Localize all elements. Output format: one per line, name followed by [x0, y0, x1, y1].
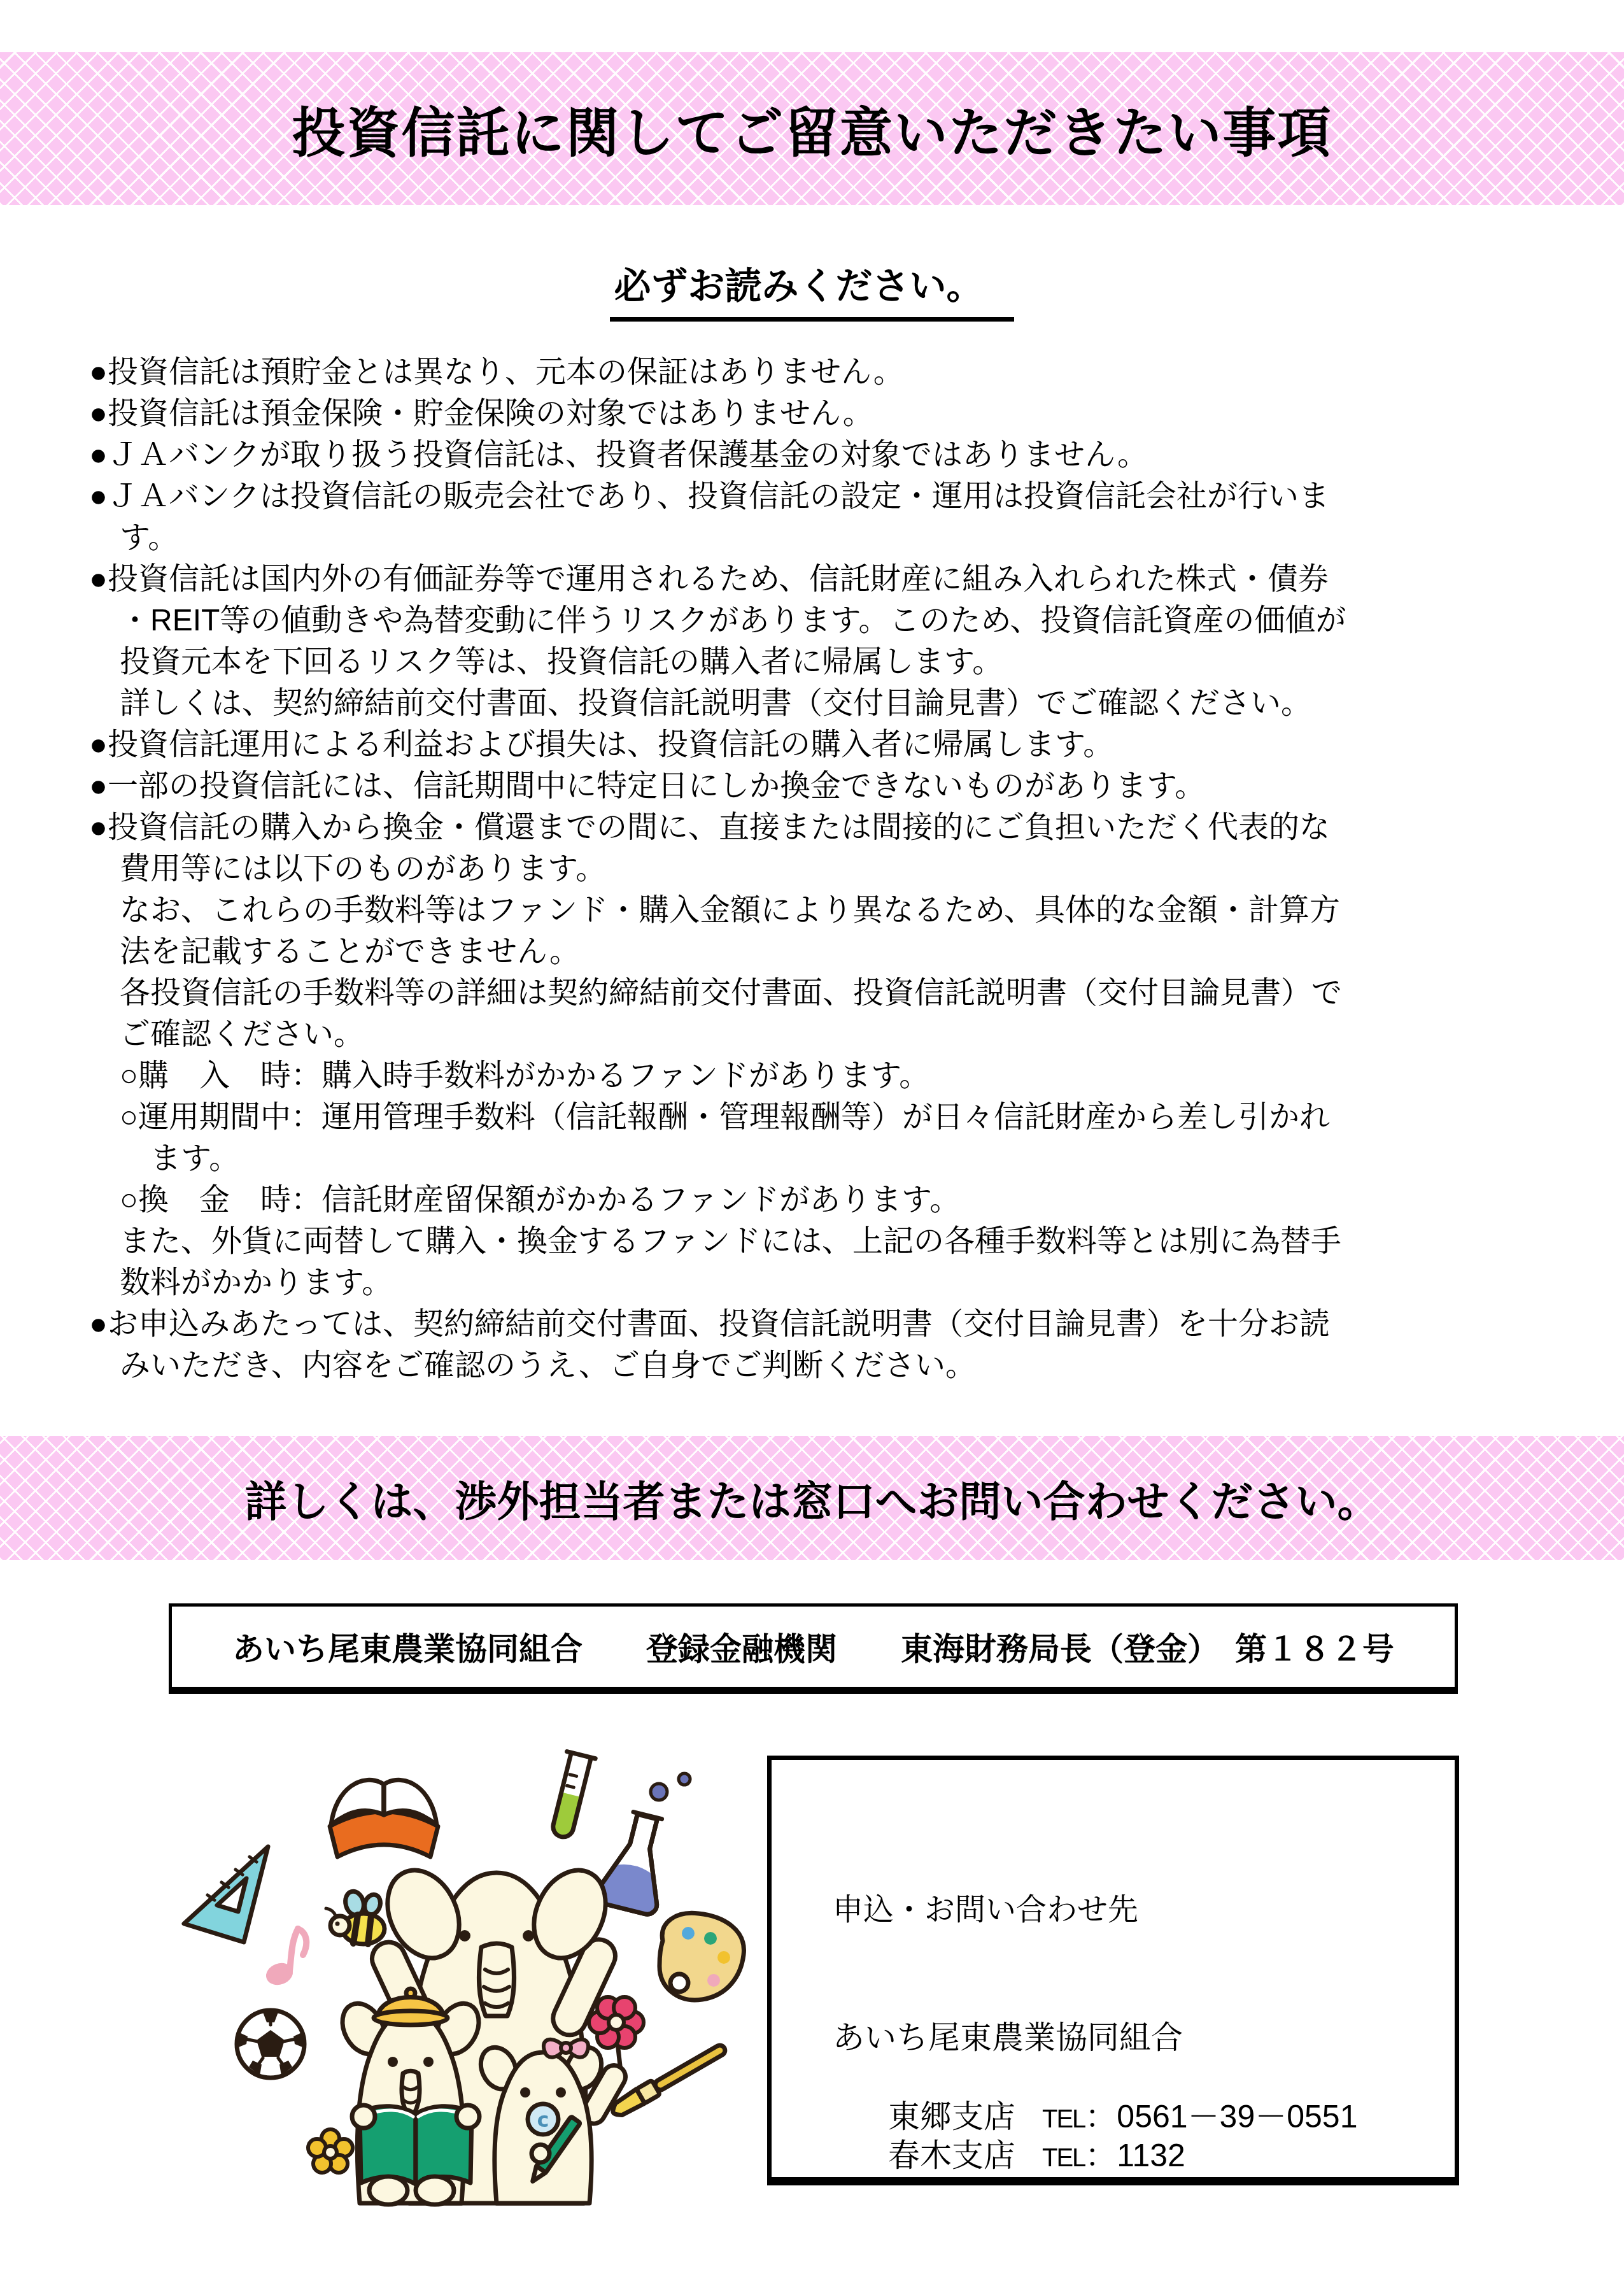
- phone-row-togo: 東郷支店TEL：0561－39－0551: [888, 2099, 1357, 2138]
- phone-row-haruki: 春木支店TEL：1132: [888, 2138, 1357, 2176]
- notice-line: ●投資信託は預貯金とは異なり、元本の保証はありません。: [89, 351, 1346, 393]
- music-note-icon: [266, 1929, 307, 1985]
- svg-text:c: c: [537, 2108, 549, 2132]
- bee-icon: [326, 1889, 385, 1944]
- tel-number: 0561－39－0551: [1117, 2099, 1357, 2134]
- notice-line: 各投資信託の手数料等の詳細は契約締結前交付書面、投資信託説明書（交付目論見書）で: [120, 972, 1346, 1014]
- test-tube-icon: [547, 1752, 596, 1840]
- notice-line: ●ＪＡバンクは投資信託の販売会社であり、投資信託の設定・運用は投資信託会社が行い…: [89, 476, 1346, 517]
- title-banner: 投資信託に関してご留意いただきたい事項: [0, 52, 1624, 205]
- notice-line: ●投資信託は預金保険・貯金保険の対象ではありません。: [89, 393, 1346, 434]
- notice-line: ●お申込みあたっては、契約締結前交付書面、投資信託説明書（交付目論見書）を十分お…: [89, 1303, 1346, 1345]
- tel-number: 1132: [1117, 2138, 1185, 2173]
- must-read-heading-wrap: 必ずお読みください。: [0, 256, 1624, 322]
- notice-line: ●ＪＡバンクが取り扱う投資信託は、投資者保護基金の対象ではありません。: [89, 434, 1346, 476]
- notice-line: また、外貨に両替して購入・換金するファンドには、上記の各種手数料等とは別に為替手: [120, 1221, 1346, 1262]
- contact-box: 申込・お問い合わせ先 あいち尾東農業協同組合 東郷支店TEL：0561－39－0…: [767, 1756, 1459, 2185]
- paint-palette-icon: [660, 1913, 744, 1999]
- contact-organization: あいち尾東農業協同組合: [833, 2012, 1183, 2058]
- mascot-illustration: c: [150, 1731, 754, 2216]
- notice-line: ・REIT等の値動きや為替変動に伴うリスクがあります。このため、投資信託資産の価…: [120, 600, 1346, 641]
- notice-line: 数料がかかります。: [120, 1262, 1346, 1303]
- branch-name: 東郷支店: [888, 2099, 1015, 2134]
- notice-line: みいただき、内容をご確認のうえ、ご自身でご判断ください。: [120, 1345, 1346, 1386]
- notice-line: 詳しくは、契約締結前交付書面、投資信託説明書（交付目論見書）でご確認ください。: [120, 683, 1346, 724]
- elephant-baby-illustration: c: [474, 2040, 630, 2203]
- soccer-ball-icon: [237, 2010, 304, 2078]
- tel-colon: ：: [1085, 2099, 1117, 2134]
- triangle-ruler-icon: [184, 1847, 268, 1942]
- notice-line: ●一部の投資信託には、信託期間中に特定日にしか換金できないものがあります。: [89, 765, 1346, 807]
- notice-line: なお、これらの手数料等はファンド・購入金額により異なるため、具体的な金額・計算方: [120, 890, 1346, 931]
- page-title: 投資信託に関してご留意いただきたい事項: [292, 90, 1332, 167]
- notice-list: ●投資信託は預貯金とは異なり、元本の保証はありません。 ●投資信託は預金保険・貯…: [89, 351, 1346, 1386]
- notice-line: ご確認ください。: [120, 1014, 1346, 1055]
- branch-name: 春木支店: [888, 2138, 1015, 2173]
- notice-line: ○購 入 時：購入時手数料がかかるファンドがあります。: [120, 1055, 1346, 1097]
- notice-line: ○運用期間中：運用管理手数料（信託報酬・管理報酬等）が日々信託財産から差し引かれ: [120, 1097, 1346, 1138]
- registration-text: あいち尾東農業協同組合 登録金融機関 東海財務局長（登金） 第１８２号: [232, 1624, 1394, 1670]
- notice-line: す。: [120, 517, 1346, 558]
- open-book-icon: [330, 1780, 438, 1857]
- must-read-heading: 必ずお読みください。: [610, 256, 1013, 322]
- notice-line: ます。: [150, 1138, 1346, 1179]
- bubble-dots-icon: [651, 1773, 690, 1800]
- tel-label: TEL: [1042, 2144, 1085, 2172]
- notice-line: ●投資信託は国内外の有価証券等で運用されるため、信託財産に組み入れられた株式・債…: [89, 558, 1346, 600]
- yellow-flower-icon: [308, 2129, 353, 2173]
- contact-phone-list: 東郷支店TEL：0561－39－0551 春木支店TEL：1132: [888, 2099, 1357, 2176]
- contact-heading: 申込・お問い合わせ先: [833, 1885, 1138, 1929]
- notice-line: 費用等には以下のものがあります。: [120, 848, 1346, 890]
- tel-label: TEL: [1042, 2105, 1085, 2133]
- notice-line: ●投資信託運用による利益および損失は、投資信託の購入者に帰属します。: [89, 724, 1346, 765]
- notice-line: 法を記載することができません。: [120, 931, 1346, 972]
- notice-line: ○換 金 時：信託財産留保額がかかるファンドがあります。: [120, 1179, 1346, 1221]
- registration-box: あいち尾東農業協同組合 登録金融機関 東海財務局長（登金） 第１８２号: [169, 1603, 1458, 1694]
- notice-line: ●投資信託の購入から換金・償還までの間に、直接または間接的にご負担いただく代表的…: [89, 807, 1346, 848]
- contact-banner-text: 詳しくは、渉外担当者または窓口へお問い合わせください。: [245, 1468, 1380, 1528]
- tel-colon: ：: [1085, 2138, 1117, 2173]
- contact-banner: 詳しくは、渉外担当者または窓口へお問い合わせください。: [0, 1436, 1624, 1560]
- notice-line: 投資元本を下回るリスク等は、投資信託の購入者に帰属します。: [120, 641, 1346, 683]
